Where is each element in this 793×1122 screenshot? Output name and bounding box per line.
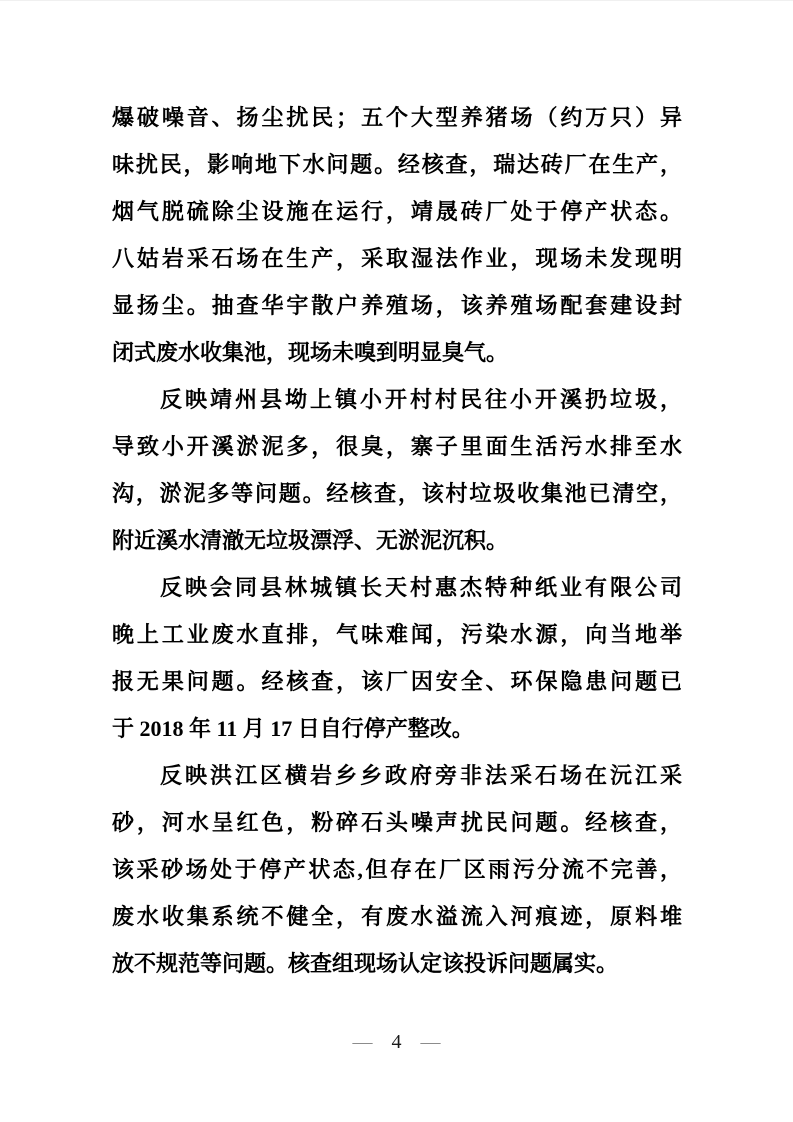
text-line: 显扬尘。抽查华宇散户养殖场，该养殖场配套建设封	[112, 282, 682, 329]
footer-dash-right: —	[421, 1031, 441, 1053]
text-line: 晚上工业废水直排，气味难闻，污染水源，向当地举	[112, 611, 682, 658]
text-line: 味扰民，影响地下水问题。经核查，瑞达砖厂在生产，	[112, 141, 682, 188]
text-line: 爆破噪音、扬尘扰民；五个大型养猪场（约万只）异	[112, 94, 682, 141]
text-line: 报无果问题。经核查，该厂因安全、环保隐患问题已	[112, 658, 682, 705]
document-page: 爆破噪音、扬尘扰民；五个大型养猪场（约万只）异味扰民，影响地下水问题。经核查，瑞…	[0, 0, 793, 1122]
document-body: 爆破噪音、扬尘扰民；五个大型养猪场（约万只）异味扰民，影响地下水问题。经核查，瑞…	[112, 94, 682, 987]
text-line: 烟气脱硫除尘设施在运行，靖晟砖厂处于停产状态。	[112, 188, 682, 235]
page-footer: — 4 —	[0, 1029, 793, 1055]
text-line: 附近溪水清澈无垃圾漂浮、无淤泥沉积。	[112, 517, 682, 564]
text-line: 反映会同县林城镇长天村惠杰特种纸业有限公司	[112, 564, 682, 611]
text-line: 该采砂场处于停产状态,但存在厂区雨污分流不完善，	[112, 846, 682, 893]
text-line: 导致小开溪淤泥多，很臭，寨子里面生活污水排至水	[112, 423, 682, 470]
text-line: 废水收集系统不健全，有废水溢流入河痕迹，原料堆	[112, 893, 682, 940]
footer-dash-left: —	[353, 1031, 373, 1053]
text-line: 砂，河水呈红色，粉碎石头噪声扰民问题。经核查，	[112, 799, 682, 846]
text-line: 于 2018 年 11 月 17 日自行停产整改。	[112, 705, 682, 752]
text-line: 放不规范等问题。核查组现场认定该投诉问题属实。	[112, 940, 682, 987]
text-line: 沟，淤泥多等问题。经核查，该村垃圾收集池已清空，	[112, 470, 682, 517]
text-line: 反映洪江区横岩乡乡政府旁非法采石场在沅江采	[112, 752, 682, 799]
text-line: 反映靖州县坳上镇小开村村民往小开溪扔垃圾，	[112, 376, 682, 423]
text-line: 八姑岩采石场在生产，采取湿法作业，现场未发现明	[112, 235, 682, 282]
text-line: 闭式废水收集池，现场未嗅到明显臭气。	[112, 329, 682, 376]
page-number: 4	[392, 1029, 402, 1055]
